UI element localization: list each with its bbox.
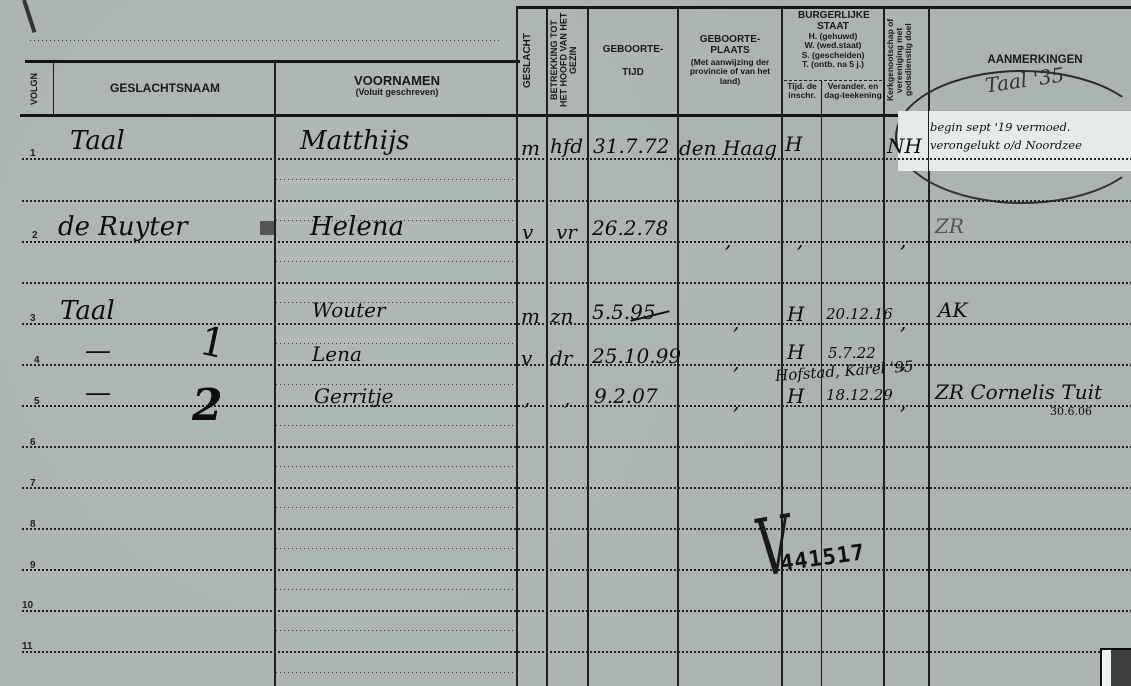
row-number: 2	[32, 230, 38, 241]
row-subline	[276, 425, 516, 426]
sex: m	[521, 136, 540, 160]
relation: vr	[556, 220, 577, 244]
sex: v	[522, 220, 533, 244]
remarks: ZR Cornelis Tuit	[935, 380, 1102, 404]
header-burgerlijke-staat: BURGERLIJKE STAAT H. (gehuwd) W. (wed.st…	[784, 10, 882, 69]
header-top-rule	[25, 60, 520, 63]
row-dotted-line	[22, 446, 1131, 448]
header-top-rule-right	[516, 6, 1131, 9]
relation: zn	[550, 304, 573, 328]
row-subline	[276, 384, 516, 385]
civil-change: 18.12.29	[826, 386, 893, 404]
remarks: begin sept '19 vermoed. verongelukt o/d …	[930, 118, 1130, 155]
row-number: 7	[30, 478, 36, 489]
civil-change: 20.12.16	[826, 305, 893, 323]
row-dotted-line	[22, 282, 1131, 284]
row-number: 8	[30, 519, 36, 530]
corner-stroke	[22, 0, 36, 33]
margin-mark-2: 2	[192, 380, 223, 431]
col-rule	[821, 80, 822, 686]
birth-date: 9.2.07	[594, 384, 658, 408]
col-rule	[587, 6, 589, 686]
birth-place: ,	[725, 228, 731, 252]
sex: v	[521, 346, 532, 370]
birth-place: den Haag	[679, 136, 777, 160]
header-geslacht: GESLACHT	[523, 12, 541, 110]
header-voornamen: VOORNAMEN (Voluit geschreven)	[280, 74, 514, 98]
surname-ditto: —	[85, 378, 111, 408]
surname: Taal	[60, 296, 115, 326]
check-mark: V	[754, 497, 794, 596]
remarks-date: 30.6.06	[1050, 405, 1092, 418]
row-subline	[276, 261, 516, 262]
row-number: 1	[30, 148, 36, 159]
given-name: Wouter	[312, 298, 386, 322]
row-number: 10	[22, 600, 33, 611]
header-aanmerkingen: AANMERKINGEN	[945, 54, 1125, 67]
sex: ,	[524, 386, 530, 410]
row-dotted-line	[22, 200, 1131, 202]
col-rule	[546, 6, 548, 686]
registry-card: VOLGN GESLACHTSNAAM VOORNAMEN (Voluit ge…	[0, 0, 1131, 686]
church: ,	[900, 390, 906, 414]
scan-corner-artifact	[1100, 648, 1131, 686]
row-number: 3	[30, 313, 36, 324]
birth-date: 31.7.72	[593, 134, 669, 158]
sex: m	[521, 304, 540, 328]
civil-status: H	[787, 384, 804, 408]
remarks: AK	[938, 298, 967, 322]
header-geslachtsnaam: GESLACHTSNAAM	[60, 82, 270, 95]
birth-place: ,	[733, 350, 739, 374]
surname: de Ruyter	[58, 212, 188, 242]
col-rule	[516, 62, 518, 686]
row-subline	[276, 179, 516, 180]
birth-date: 5.5.95	[592, 300, 656, 324]
row-dotted-line	[22, 487, 1131, 489]
relation: dr	[550, 346, 572, 370]
birth-place: ,	[733, 390, 739, 414]
row-dotted-line	[22, 569, 1131, 571]
stamp-number: 441517	[779, 540, 867, 577]
row-number: 9	[30, 560, 36, 571]
margin-mark-1: 1	[195, 318, 229, 368]
church: NH	[887, 134, 922, 158]
header-betrekking: BETREKKING TOT HET HOOFD VAN HET GEZIN	[550, 10, 584, 110]
row-dotted-line	[22, 405, 1131, 407]
birth-date: 26.2.78	[592, 216, 668, 240]
given-name: Lena	[312, 342, 362, 366]
birth-place: ,	[733, 310, 739, 334]
ink-blot	[260, 221, 274, 235]
relation: ,	[564, 386, 570, 410]
row-number: 6	[30, 437, 36, 448]
surname: Taal	[70, 126, 125, 156]
col-rule	[53, 62, 54, 114]
given-name: Matthijs	[300, 126, 409, 156]
row-dotted-line	[22, 610, 1131, 612]
given-name: Gerritje	[314, 384, 393, 408]
row-number: 11	[22, 641, 33, 652]
row-dotted-line	[22, 528, 1131, 530]
church: ,	[900, 310, 906, 334]
row-subline	[276, 507, 516, 508]
col-rule	[883, 6, 885, 686]
row-dotted-line	[22, 158, 1131, 160]
header-tijd-inschr: Tijd. de inschr.	[783, 82, 821, 101]
remarks: ZR	[935, 214, 964, 238]
header-geboortetijd: GEBOORTE- TIJD	[590, 44, 676, 78]
header-geboorteplaats: GEBOORTE- PLAATS (Met aanwijzing der pro…	[680, 34, 780, 86]
header-voornamen-sub: (Voluit geschreven)	[280, 88, 514, 98]
row-number: 5	[34, 396, 40, 407]
top-dotted-line	[30, 40, 500, 41]
given-name: Helena	[310, 212, 404, 242]
row-subline	[276, 589, 516, 590]
row-dotted-line	[22, 651, 1131, 653]
row-dotted-line	[22, 364, 1131, 366]
row-dotted-line	[22, 323, 1131, 325]
civil-status: H	[787, 302, 804, 326]
header-step-rule	[516, 6, 518, 62]
civil-status: H	[785, 132, 802, 156]
row-subline	[276, 672, 516, 673]
col-rule	[274, 62, 276, 686]
birth-date: 25.10.99	[592, 344, 681, 368]
relation: hfd	[550, 134, 583, 158]
header-volgnr: VOLGN	[30, 66, 44, 112]
row-subline	[276, 466, 516, 467]
row-subline	[276, 630, 516, 631]
header-verander: Verander. en dag-teekening	[823, 82, 883, 101]
church: ,	[900, 228, 906, 252]
row-subline	[276, 548, 516, 549]
surname-ditto: —	[85, 336, 111, 366]
row-number: 4	[34, 355, 40, 366]
civil-status: ,	[797, 228, 803, 252]
civil-status: H	[787, 340, 804, 364]
